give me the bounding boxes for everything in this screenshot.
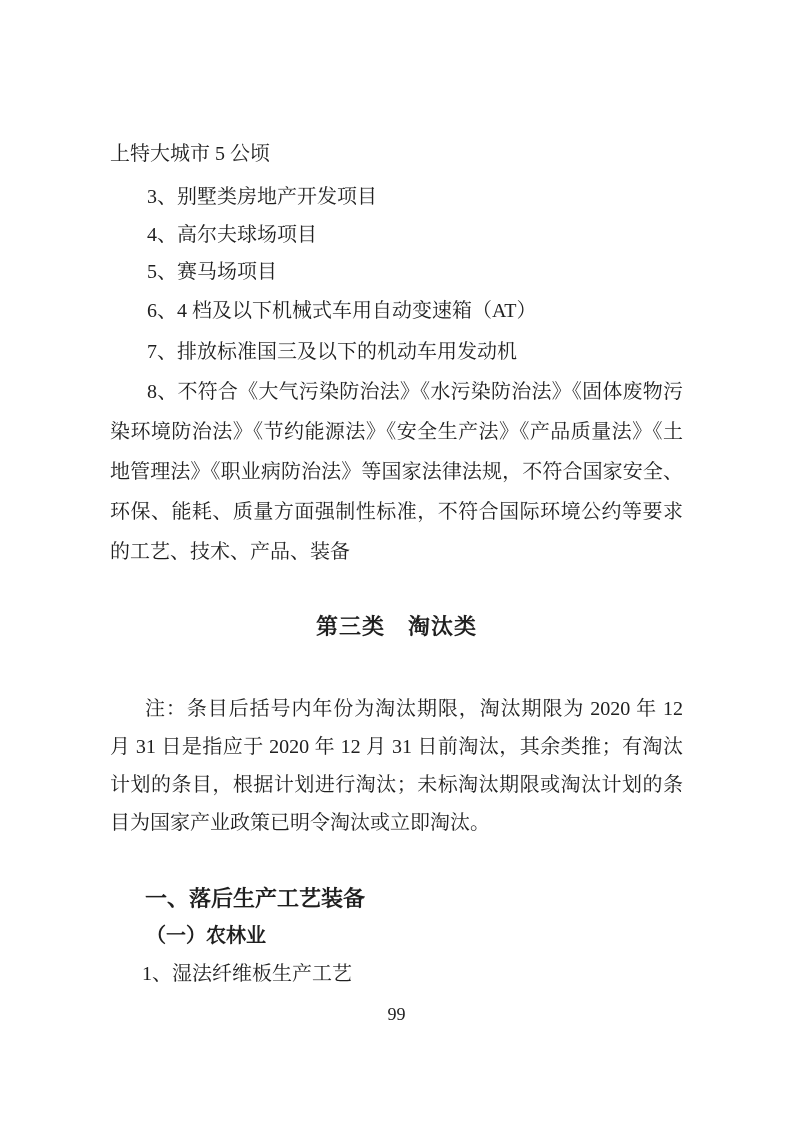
list-item-5: 5、赛马场项目 <box>110 260 720 284</box>
list-item-7: 7、排放标准国三及以下的机动车用发动机 <box>110 340 720 364</box>
page-number: 99 <box>0 1004 793 1026</box>
entry-line: 1、湿法纤维板生产工艺 <box>110 962 715 986</box>
document-page: 上特大城市 5 公顷 3、别墅类房地产开发项目 4、高尔夫球场项目 5、赛马场项… <box>0 0 793 1122</box>
part-heading: 第三类 淘汰类 <box>110 614 683 640</box>
continuation-line: 上特大城市 5 公顷 <box>110 142 683 166</box>
subsection-heading: （一）农林业 <box>110 924 719 948</box>
list-item-3: 3、别墅类房地产开发项目 <box>110 185 720 209</box>
note-paragraph: 注：条目后括号内年份为淘汰期限，淘汰期限为 2020 年 12 月 31 日是指… <box>110 690 683 842</box>
list-item-8-paragraph: 8、不符合《大气污染防治法》《水污染防治法》《固体废物污染环境防治法》《节约能源… <box>110 372 683 572</box>
list-item-4: 4、高尔夫球场项目 <box>110 223 720 247</box>
list-item-6: 6、4 档及以下机械式车用自动变速箱（AT） <box>110 299 720 323</box>
section-heading: 一、落后生产工艺装备 <box>110 886 718 912</box>
